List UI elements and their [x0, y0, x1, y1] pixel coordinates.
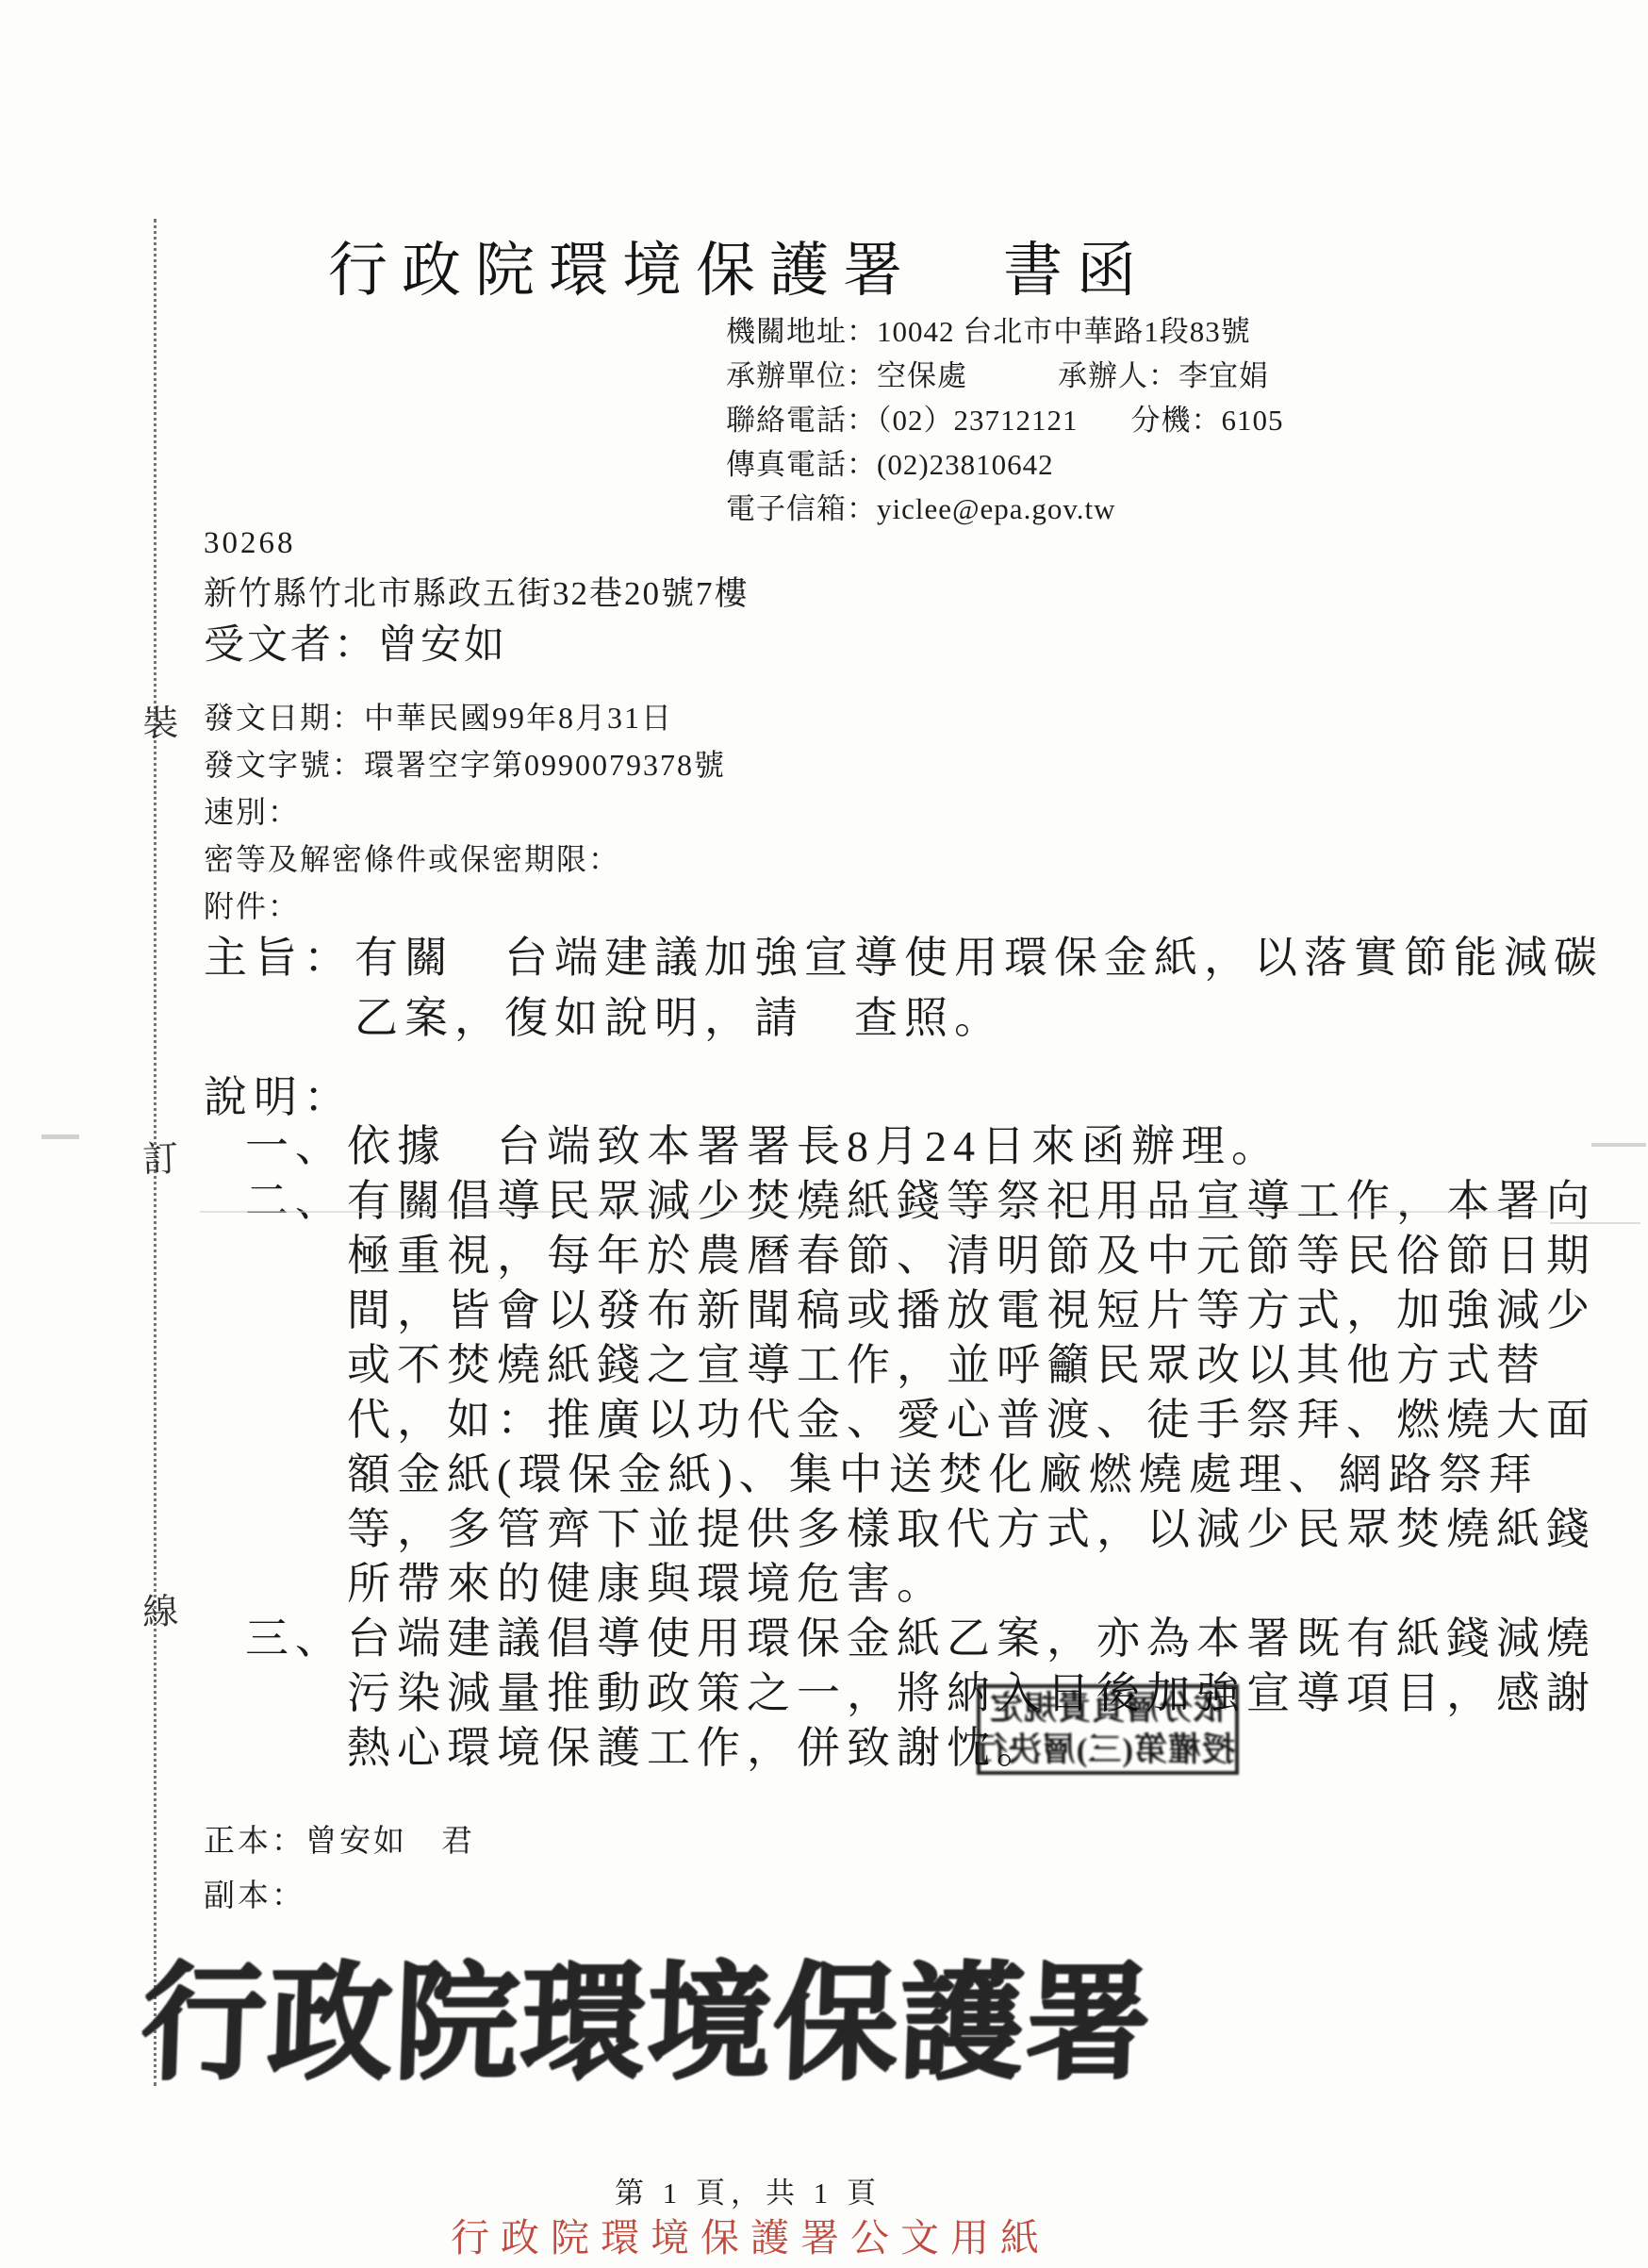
handling-unit: 承辦單位：空保處 [726, 359, 967, 392]
subject-line: 乙案，復如說明，請 查照。 [354, 988, 1604, 1049]
margin-label-zhuang: 裝 [133, 693, 188, 747]
item-line: 間，皆會以發布新聞稿或播放電視短片等方式，加強減少 [347, 1283, 1596, 1338]
contact-phone: 聯絡電話：（02）23712121 [726, 404, 1079, 437]
item-line: 依據 台端致本署署長8月24日來函辦理。 [347, 1119, 1281, 1174]
item-line: 極重視，每年於農曆春節、清明節及中元節等民俗節日期 [347, 1229, 1596, 1283]
stamp-row: 依分層負責規定 [981, 1688, 1235, 1730]
item-number: 一、 [245, 1119, 345, 1174]
scan-artifact-dash [1550, 1222, 1640, 1224]
item-line: 代，如：推廣以功代金、愛心普渡、徒手祭拜、燃燒大面 [347, 1393, 1596, 1448]
authorization-seal-stamp: 依分層負責規定 授權第(三)層決行 [977, 1684, 1239, 1775]
item-line: 額金紙(環保金紙)、集中送焚化廠燃燒處理、網路祭拜 [347, 1448, 1596, 1502]
explanation-item-1: 一、 依據 台端致本署署長8月24日來函辦理。 [245, 1119, 1281, 1174]
explanation-item-3: 三、 台端建議倡導使用環保金紙乙案，亦為本署既有紙錢減燒 污染減量推動政策之一，… [245, 1612, 1596, 1776]
agency-address: 機關地址：10042 台北市中華路1段83號 [726, 309, 1284, 354]
official-paper-notice: 行政院環境保護署公文用紙 [451, 2207, 1050, 2262]
document-title: 行政院環境保護署書函 [328, 223, 1150, 308]
page-number: 第 1 頁，共 1 頁 [615, 2169, 882, 2211]
agency-calligraphy-signature: 行政院環境保護署 [139, 1920, 1156, 2103]
email-address: 電子信箱：yiclee@epa.gov.tw [726, 487, 1284, 531]
agency-unit-line: 承辦單位：空保處承辦人：李宜娟 [726, 354, 1284, 398]
agency-phone-line: 聯絡電話：（02）23712121分機：6105 [726, 398, 1284, 442]
item-line: 污染減量推動政策之一，將納入日後加強宣導項目，感謝 [347, 1666, 1596, 1721]
speed-class: 速別： [204, 788, 726, 836]
original-copy-line: 正本：曾安如 君 [204, 1816, 475, 1861]
item-line: 熱心環境保護工作，併致謝忱。 [347, 1721, 1596, 1776]
stamp-row: 授權第(三)層決行 [981, 1730, 1235, 1771]
recipient-zip: 30268 [204, 526, 296, 561]
subject-line: 有關 台端建議加強宣導使用環保金紙，以落實節能減碳 [354, 928, 1604, 988]
margin-label-xian: 線 [133, 1581, 188, 1635]
explanation-item-2: 二、 有關倡導民眾減少焚燒紙錢等祭祀用品宣導工作，本署向 極重視，每年於農曆春節… [245, 1174, 1596, 1612]
subject-label: 主旨： [204, 928, 354, 988]
item-number: 三、 [245, 1612, 345, 1666]
security-class: 密等及解密條件或保密期限： [204, 836, 726, 883]
item-number: 二、 [245, 1174, 345, 1229]
issuing-agency-name: 行政院環境保護署 [328, 238, 916, 304]
document-meta-block: 發文日期：中華民國99年8月31日 發文字號：環署空字第0990079378號 … [204, 694, 726, 930]
margin-label-ding: 訂 [133, 1129, 188, 1183]
subject-paragraph: 主旨： 有關 台端建議加強宣導使用環保金紙，以落實節能減碳 乙案，復如說明，請 … [204, 928, 1604, 1049]
scan-artifact-dash [41, 1134, 79, 1139]
scan-artifact-line [200, 1211, 1548, 1213]
attachment-line: 附件： [204, 883, 726, 930]
cc-copy-line: 副本： [204, 1871, 305, 1915]
item-line: 台端建議倡導使用環保金紙乙案，亦為本署既有紙錢減燒 [347, 1612, 1596, 1666]
fax-number: 傳真電話：(02)23810642 [726, 442, 1284, 487]
item-line: 等，多管齊下並提供多樣取代方式，以減少民眾焚燒紙錢 [347, 1502, 1596, 1557]
item-line: 或不焚燒紙錢之宣導工作，並呼籲民眾改以其他方式替 [347, 1338, 1596, 1393]
contact-person: 承辦人：李宜娟 [1058, 359, 1269, 392]
issue-number: 發文字號：環署空字第0990079378號 [204, 741, 726, 788]
recipient-address: 新竹縣竹北市縣政五街32巷20號7樓 [204, 568, 750, 615]
document-type: 書函 [1003, 238, 1150, 304]
item-line: 所帶來的健康與環境危害。 [347, 1557, 1596, 1612]
explanation-label: 說明： [204, 1063, 354, 1125]
recipient-name: 受文者：曾安如 [204, 613, 507, 670]
phone-extension: 分機：6105 [1131, 404, 1284, 437]
scan-artifact-dash [1591, 1143, 1646, 1147]
scanned-official-letter: 裝 訂 線 行政院環境保護署書函 機關地址：10042 台北市中華路1段83號 … [0, 0, 1648, 2268]
issue-date: 發文日期：中華民國99年8月31日 [204, 694, 726, 741]
item-line: 有關倡導民眾減少焚燒紙錢等祭祀用品宣導工作，本署向 [347, 1174, 1596, 1229]
agency-contact-block: 機關地址：10042 台北市中華路1段83號 承辦單位：空保處承辦人：李宜娟 聯… [726, 309, 1284, 531]
